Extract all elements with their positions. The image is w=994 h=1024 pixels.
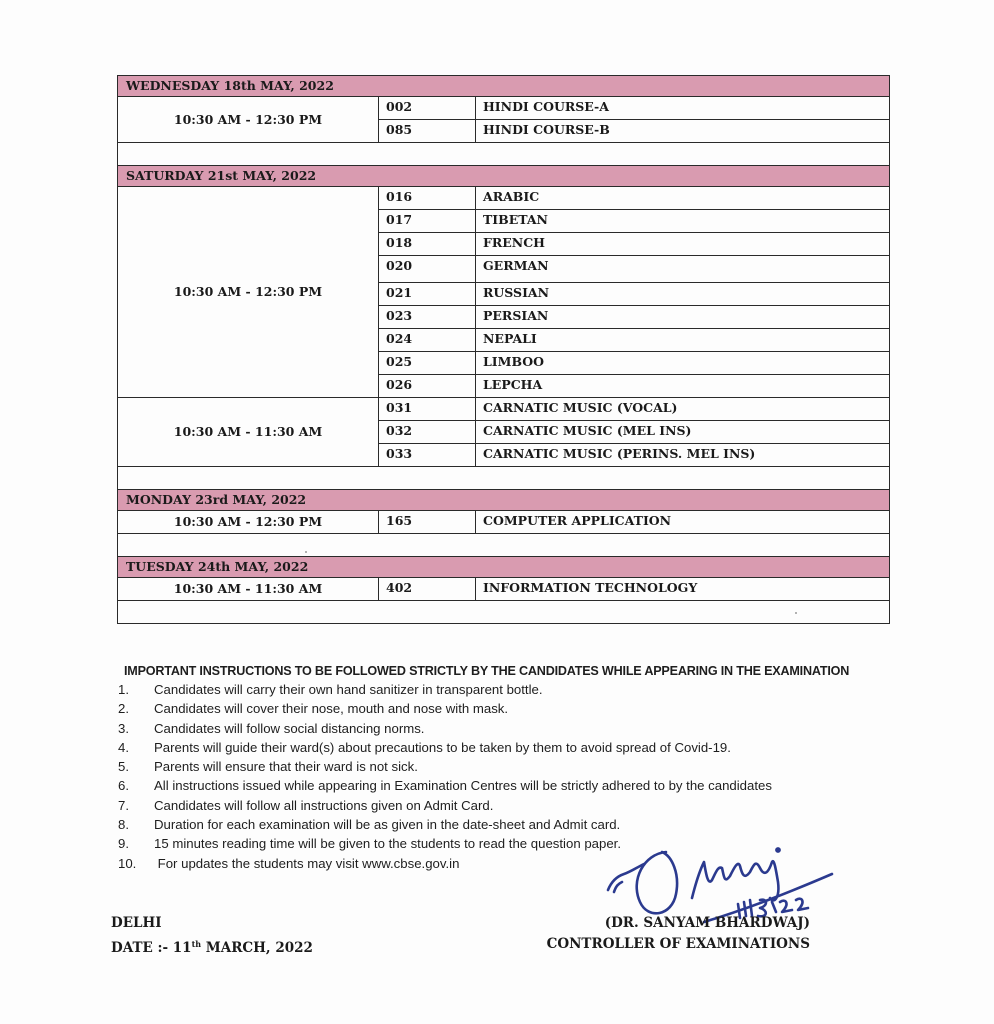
subject-row: 10:30 AM - 11:30 AM402INFORMATION TECHNO…: [118, 578, 890, 601]
subject-code: 016: [379, 187, 476, 210]
issue-date: DATE :- 11th MARCH, 2022: [111, 934, 313, 959]
subject-code: 024: [379, 329, 476, 352]
subject-name: INFORMATION TECHNOLOGY: [476, 578, 890, 601]
exam-time-slot: 10:30 AM - 12:30 PM: [118, 187, 379, 398]
subject-code: 018: [379, 233, 476, 256]
spacer-row: [118, 601, 890, 624]
subject-code: 023: [379, 306, 476, 329]
exam-date: TUESDAY 24th MAY, 2022: [118, 557, 890, 578]
instruction-item: 8.Duration for each examination will be …: [118, 815, 878, 834]
subject-code: 085: [379, 120, 476, 143]
subject-name: HINDI COURSE-A: [476, 97, 890, 120]
subject-name: CARNATIC MUSIC (MEL INS): [476, 421, 890, 444]
subject-name: CARNATIC MUSIC (PERINS. MEL INS): [476, 444, 890, 467]
subject-name: NEPALI: [476, 329, 890, 352]
instruction-item: 6.All instructions issued while appearin…: [118, 776, 878, 795]
subject-code: 025: [379, 352, 476, 375]
subject-name: FRENCH: [476, 233, 890, 256]
subject-name: CARNATIC MUSIC (VOCAL): [476, 398, 890, 421]
scan-speck: [305, 551, 307, 553]
instruction-item: 5.Parents will ensure that their ward is…: [118, 757, 878, 776]
spacer-row: [118, 467, 890, 490]
instruction-text: Candidates will carry their own hand san…: [154, 680, 878, 699]
instruction-text: Parents will guide their ward(s) about p…: [154, 738, 878, 757]
exam-date: SATURDAY 21st MAY, 2022: [118, 166, 890, 187]
exam-time-slot: 10:30 AM - 11:30 AM: [118, 578, 379, 601]
instructions-heading: IMPORTANT INSTRUCTIONS TO BE FOLLOWED ST…: [124, 662, 878, 680]
instruction-number: 8.: [118, 815, 154, 834]
instruction-number: 2.: [118, 699, 154, 718]
signatory-name: (DR. SANYAM BHARDWAJ): [500, 913, 810, 934]
instruction-item: 2.Candidates will cover their nose, mout…: [118, 699, 878, 718]
subject-name: LEPCHA: [476, 375, 890, 398]
subject-code: 165: [379, 511, 476, 534]
subject-name: PERSIAN: [476, 306, 890, 329]
instruction-number: 9.: [118, 834, 154, 853]
instruction-number: 6.: [118, 776, 154, 795]
day-header-row: TUESDAY 24th MAY, 2022: [118, 557, 890, 578]
subject-row: 10:30 AM - 12:30 PM002HINDI COURSE-A: [118, 97, 890, 120]
instruction-number: 1.: [118, 680, 154, 699]
instruction-item: 3.Candidates will follow social distanci…: [118, 719, 878, 738]
instruction-number: 4.: [118, 738, 154, 757]
subject-code: 017: [379, 210, 476, 233]
spacer-row: [118, 534, 890, 557]
place-and-date: DELHI DATE :- 11th MARCH, 2022: [111, 913, 313, 959]
signatory-block: (DR. SANYAM BHARDWAJ) CONTROLLER OF EXAM…: [500, 913, 810, 955]
instruction-text: Candidates will cover their nose, mouth …: [154, 699, 878, 718]
scan-speck: [795, 612, 797, 614]
subject-name: COMPUTER APPLICATION: [476, 511, 890, 534]
instruction-text: Parents will ensure that their ward is n…: [154, 757, 878, 776]
exam-time-slot: 10:30 AM - 12:30 PM: [118, 511, 379, 534]
instruction-item: 1.Candidates will carry their own hand s…: [118, 680, 878, 699]
signatory-title: CONTROLLER OF EXAMINATIONS: [500, 934, 810, 955]
exam-schedule-table: WEDNESDAY 18th MAY, 202210:30 AM - 12:30…: [117, 75, 890, 624]
instruction-number: 10.: [118, 854, 154, 873]
place-label: DELHI: [111, 913, 313, 934]
day-header-row: WEDNESDAY 18th MAY, 2022: [118, 76, 890, 97]
instruction-text: Candidates will follow social distancing…: [154, 719, 878, 738]
subject-name: HINDI COURSE-B: [476, 120, 890, 143]
day-header-row: SATURDAY 21st MAY, 2022: [118, 166, 890, 187]
subject-name: TIBETAN: [476, 210, 890, 233]
subject-name: LIMBOO: [476, 352, 890, 375]
subject-row: 10:30 AM - 12:30 PM165COMPUTER APPLICATI…: [118, 511, 890, 534]
instruction-number: 3.: [118, 719, 154, 738]
subject-code: 032: [379, 421, 476, 444]
instruction-text: All instructions issued while appearing …: [154, 776, 878, 795]
spacer-row: [118, 143, 890, 166]
subject-row: 10:30 AM - 11:30 AM031CARNATIC MUSIC (VO…: [118, 398, 890, 421]
exam-time-slot: 10:30 AM - 12:30 PM: [118, 97, 379, 143]
instruction-number: 5.: [118, 757, 154, 776]
instruction-text: Duration for each examination will be as…: [154, 815, 878, 834]
subject-code: 033: [379, 444, 476, 467]
exam-date: WEDNESDAY 18th MAY, 2022: [118, 76, 890, 97]
instruction-item: 4.Parents will guide their ward(s) about…: [118, 738, 878, 757]
instruction-item: 7.Candidates will follow all instruction…: [118, 796, 878, 815]
subject-row: 10:30 AM - 12:30 PM016ARABIC: [118, 187, 890, 210]
exam-date: MONDAY 23rd MAY, 2022: [118, 490, 890, 511]
date-sheet-page: WEDNESDAY 18th MAY, 202210:30 AM - 12:30…: [0, 0, 994, 1024]
subject-code: 031: [379, 398, 476, 421]
subject-code: 002: [379, 97, 476, 120]
exam-time-slot: 10:30 AM - 11:30 AM: [118, 398, 379, 467]
subject-name: GERMAN: [476, 256, 890, 283]
subject-name: ARABIC: [476, 187, 890, 210]
subject-code: 026: [379, 375, 476, 398]
subject-code: 402: [379, 578, 476, 601]
subject-code: 021: [379, 283, 476, 306]
instruction-text: Candidates will follow all instructions …: [154, 796, 878, 815]
subject-name: RUSSIAN: [476, 283, 890, 306]
subject-code: 020: [379, 256, 476, 283]
day-header-row: MONDAY 23rd MAY, 2022: [118, 490, 890, 511]
instruction-number: 7.: [118, 796, 154, 815]
